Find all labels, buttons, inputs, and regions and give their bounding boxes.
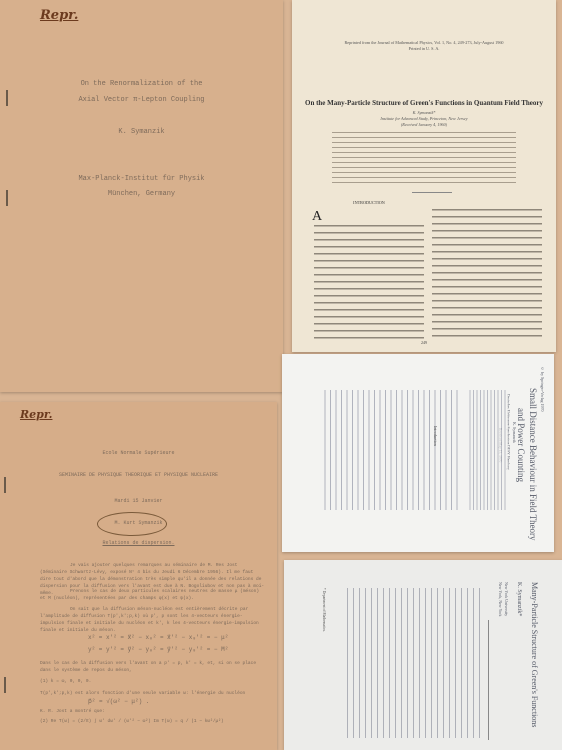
page-number: 249: [292, 340, 556, 345]
section-heading: INTRODUCTION: [314, 200, 424, 205]
equation: (2) Re T(ω) = (2/π) ∫ ω' dω' / (ω'² − ω²…: [40, 718, 265, 725]
school-name: Ecole Normale Supérieure: [0, 450, 277, 456]
text-column-left: [314, 222, 424, 344]
equation: p⃗² = √(ω² − μ²) .: [88, 698, 149, 705]
paragraph: On sait que la diffusion méson-nucléon e…: [40, 606, 265, 634]
text-column-right: [432, 206, 542, 341]
article-title: On the Many-Particle Structure of Green'…: [298, 99, 550, 107]
running-header: © by Springer-Verlag 1970: [540, 366, 545, 411]
divider: [488, 620, 489, 740]
seminar-notes: Repr. Ecole Normale Supérieure SEMINAIRE…: [0, 402, 277, 750]
handwritten-annotation: Repr.: [20, 408, 52, 421]
equation: x² = x'² = x⃗² − x₀² = x⃗'² − x₀'² = − μ…: [88, 634, 228, 641]
section-heading: Introduction: [433, 426, 438, 446]
reprint-small-distance: © by Springer-Verlag 1970 Small Distance…: [282, 354, 554, 552]
preprint-axial-vector: Repr. On the Renormalization of the Axia…: [0, 0, 283, 392]
seminar-title: SEMINAIRE DE PHYSIQUE THEORIQUE ET PHYSI…: [0, 472, 277, 478]
reprint-header: Reprinted from the Journal of Mathematic…: [312, 40, 536, 52]
reprint-many-particle-structure: Many-Particle Structure of Green's Funct…: [284, 560, 562, 750]
handwritten-annotation: Repr.: [40, 8, 78, 23]
paragraph: Dans le cas de la diffusion vers l'avant…: [40, 660, 265, 674]
body-text-block: [344, 588, 484, 738]
paragraph: K. R. Jost a montré que:: [40, 708, 265, 715]
paragraph: Prenons le cas de deux particules scalai…: [40, 588, 265, 602]
reprint-many-particle-greens: Reprinted from the Journal of Mathematic…: [292, 0, 556, 352]
article-title: Small Distance Behaviour in Field Theory: [528, 388, 538, 541]
staple: [4, 477, 6, 493]
equation: y² = y'² = y⃗² − y₀² = y⃗'² − y₀'² = − M…: [88, 646, 228, 653]
talk-title: Relations de dispersion.: [0, 540, 277, 546]
speaker-name: M. Kurt Symanzik: [0, 520, 277, 526]
body-text-block: [322, 390, 462, 510]
article-author: K. Symanzik: [512, 422, 517, 443]
article-title: Many-Particle Structure of Green's Funct…: [530, 582, 539, 727]
document-title: On the Renormalization of the Axial Vect…: [0, 76, 283, 108]
staple: [4, 677, 6, 693]
article-affiliation-line-2: New York, New York: [498, 582, 503, 616]
article-byline: K. Symanzik* Institute for Advanced Stud…: [312, 110, 536, 128]
divider: [412, 192, 452, 193]
seminar-date: Mardi 15 Janvier: [0, 498, 277, 504]
abstract-text-block: [332, 130, 516, 186]
abstract-text-block: [468, 390, 508, 510]
article-author: K. Symanzik*: [516, 582, 522, 616]
footnote: * Department of Mathematics.: [322, 588, 326, 632]
equation: (1) k = ω, 0, 0, 0.: [40, 678, 265, 685]
article-title-line-2: and Power Counting: [516, 408, 526, 482]
document-author: K. Symanzik: [0, 128, 283, 136]
equation: T(p',k';p,k) est alors fonction d'une se…: [40, 690, 265, 697]
document-institution: Max-Planck-Institut für Physik München, …: [0, 172, 283, 202]
article-affiliation: New York University: [504, 582, 509, 616]
